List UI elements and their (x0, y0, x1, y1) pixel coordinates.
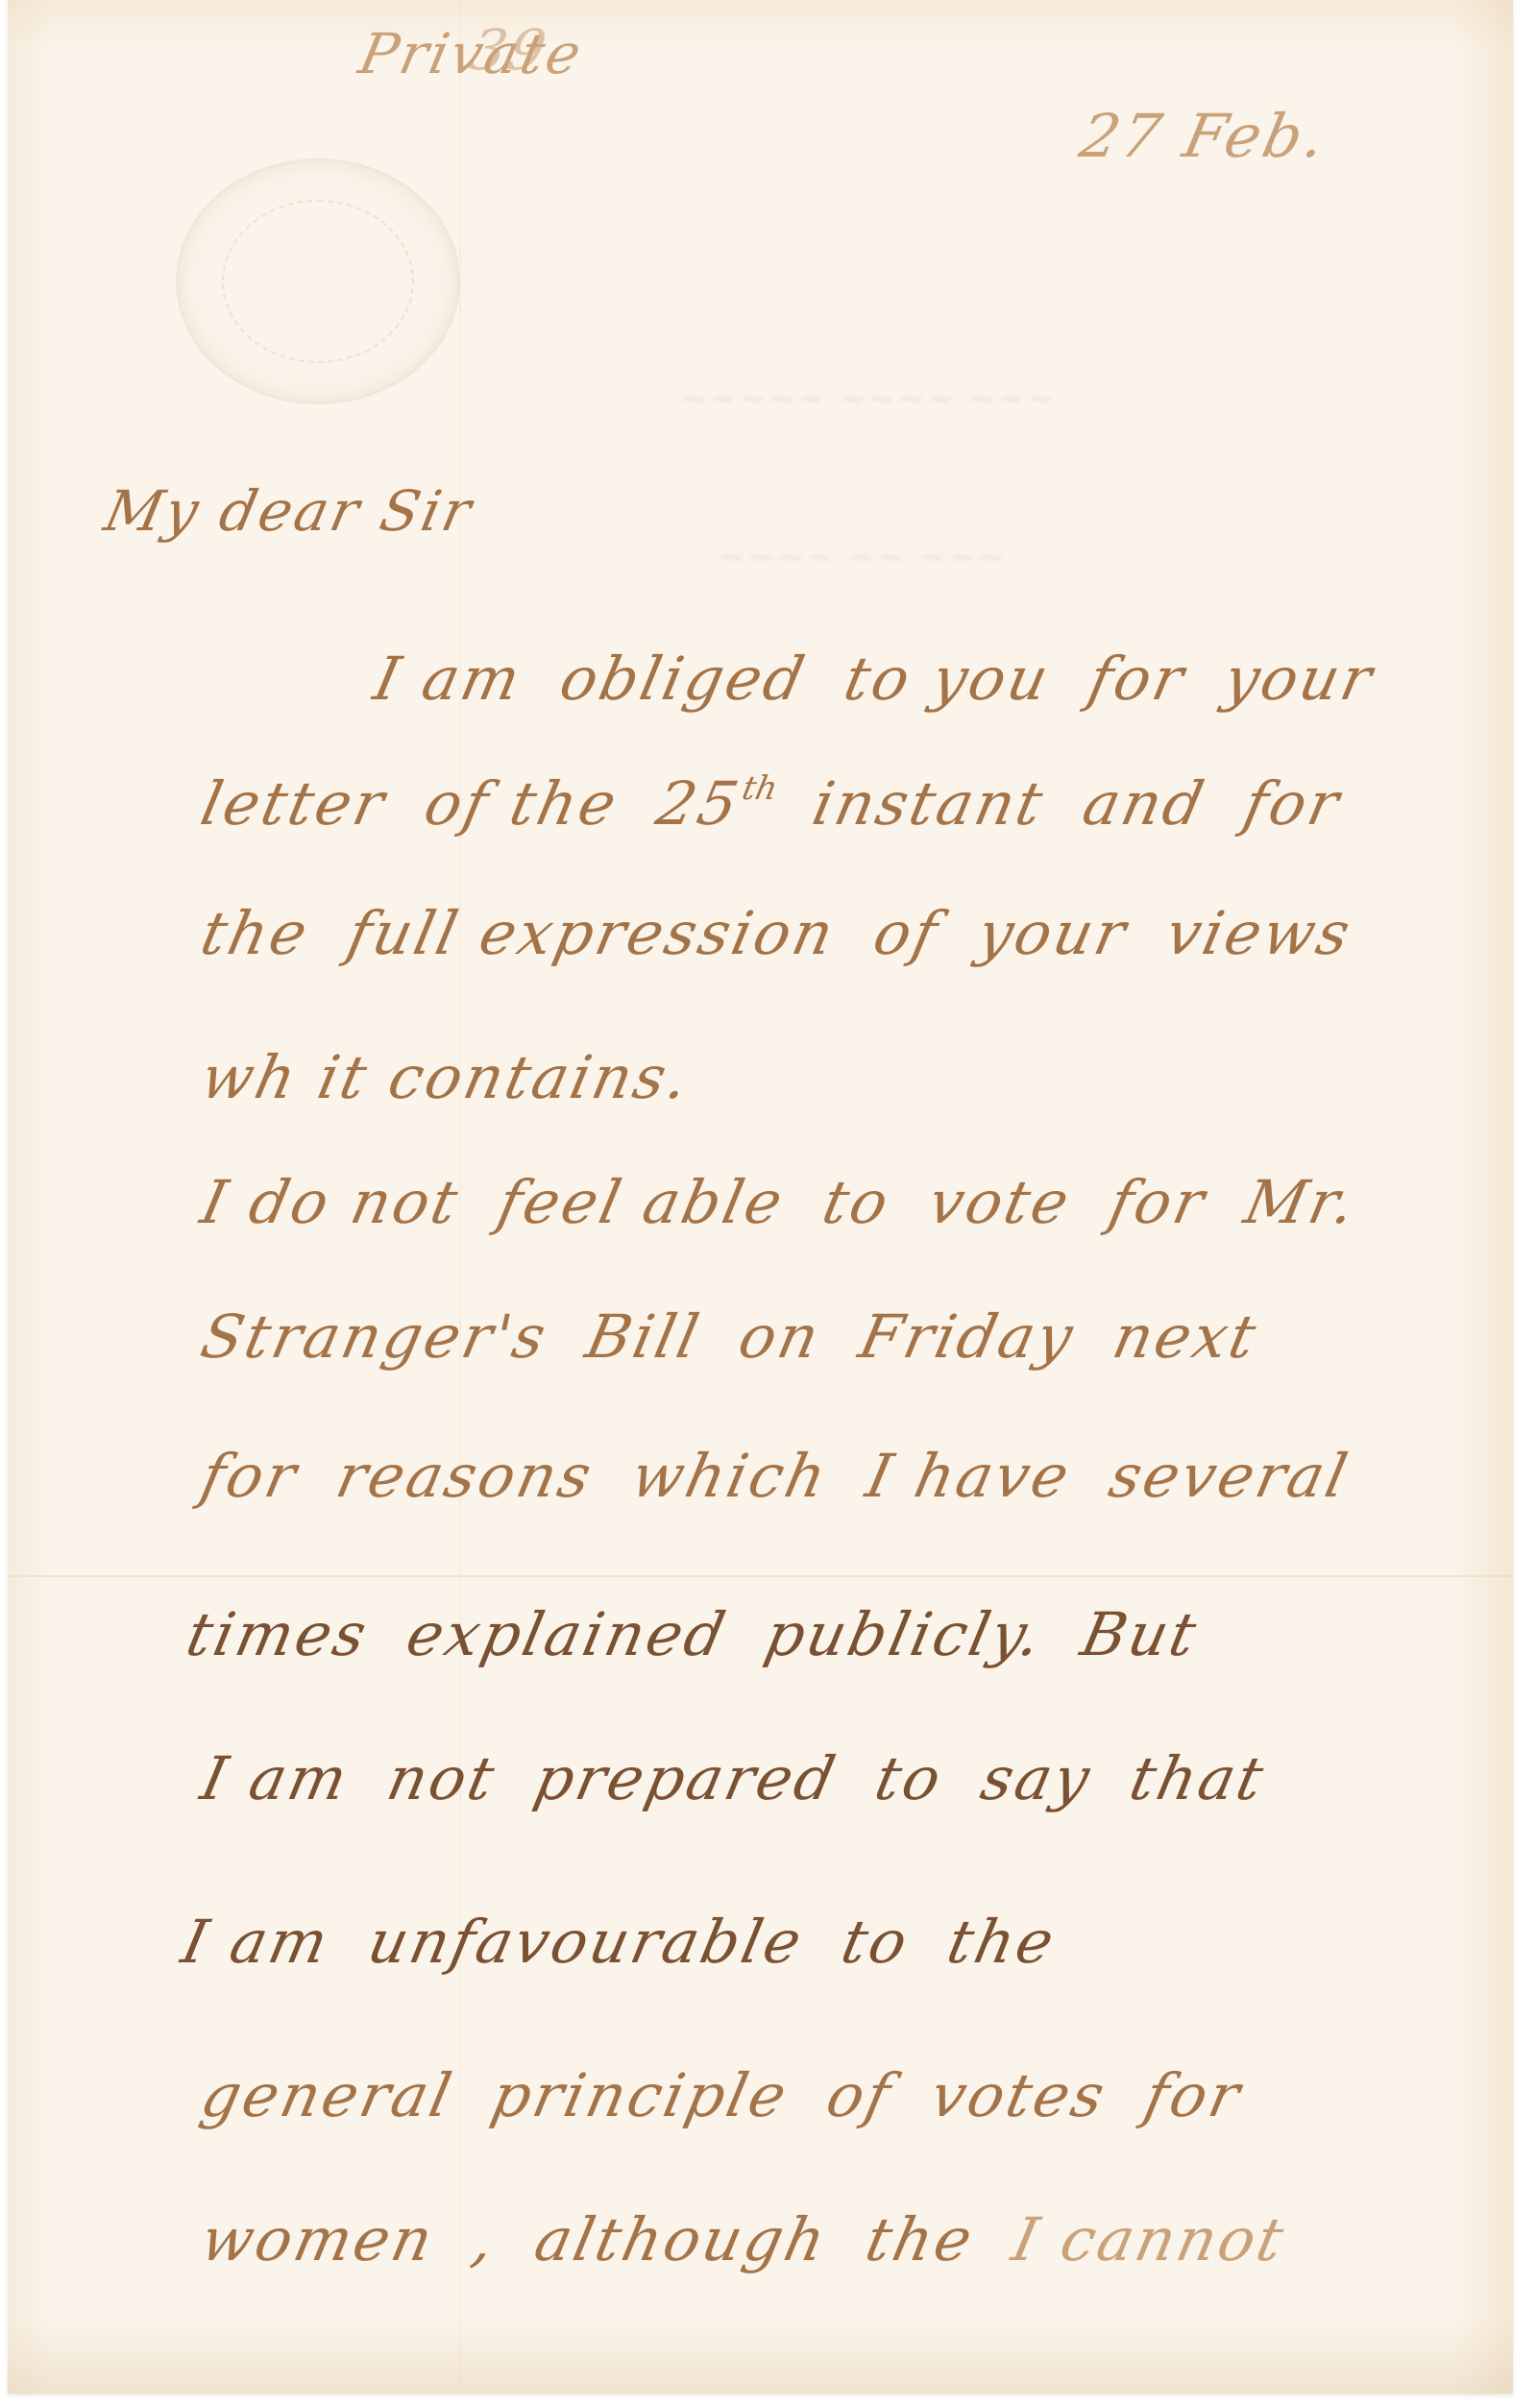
letter-line-3: thefull expressionofyourviews (195, 898, 1399, 968)
salutation: My dear Sir (99, 478, 479, 544)
paper-fold-line (8, 1575, 1513, 1577)
letter-line-2: letterof the25thinstantandfor (195, 768, 1388, 839)
letter-page: ~~~~~ ~~~~ ~~~ ~~~~ ~~ ~~~ Private 39 27… (8, 0, 1513, 2394)
letter-line-12: women,althoughtheI cannot (195, 2204, 1332, 2274)
letter-line-9: I amnotpreparedtosaythat (195, 1743, 1312, 1813)
letter-line-8: timesexplainedpublicly.But (181, 1599, 1245, 1669)
ghost-show-through-text: ~~~~~ ~~~~ ~~~ (680, 379, 1056, 418)
letter-date: 27 Feb. (1074, 101, 1334, 171)
letter-line-1: I amobligedto youforyour (368, 644, 1421, 714)
letter-line-6: Stranger'sBillonFridaynext (195, 1301, 1305, 1372)
archive-number: 39 (464, 17, 554, 83)
letter-line-4: wh it contains. (195, 1042, 738, 1112)
letter-line-7: forreasonswhichI haveseveral (195, 1441, 1397, 1511)
letter-line-11: generalprincipleofvotesfor (195, 2060, 1289, 2130)
embossed-seal-icon (176, 158, 460, 404)
letter-line-5: I do notfeel abletovoteforMr. (195, 1167, 1404, 1237)
ghost-show-through-text: ~~~~ ~~ ~~~ (719, 538, 1007, 576)
letter-line-10: I amunfavourabletothe (176, 1907, 1103, 1977)
